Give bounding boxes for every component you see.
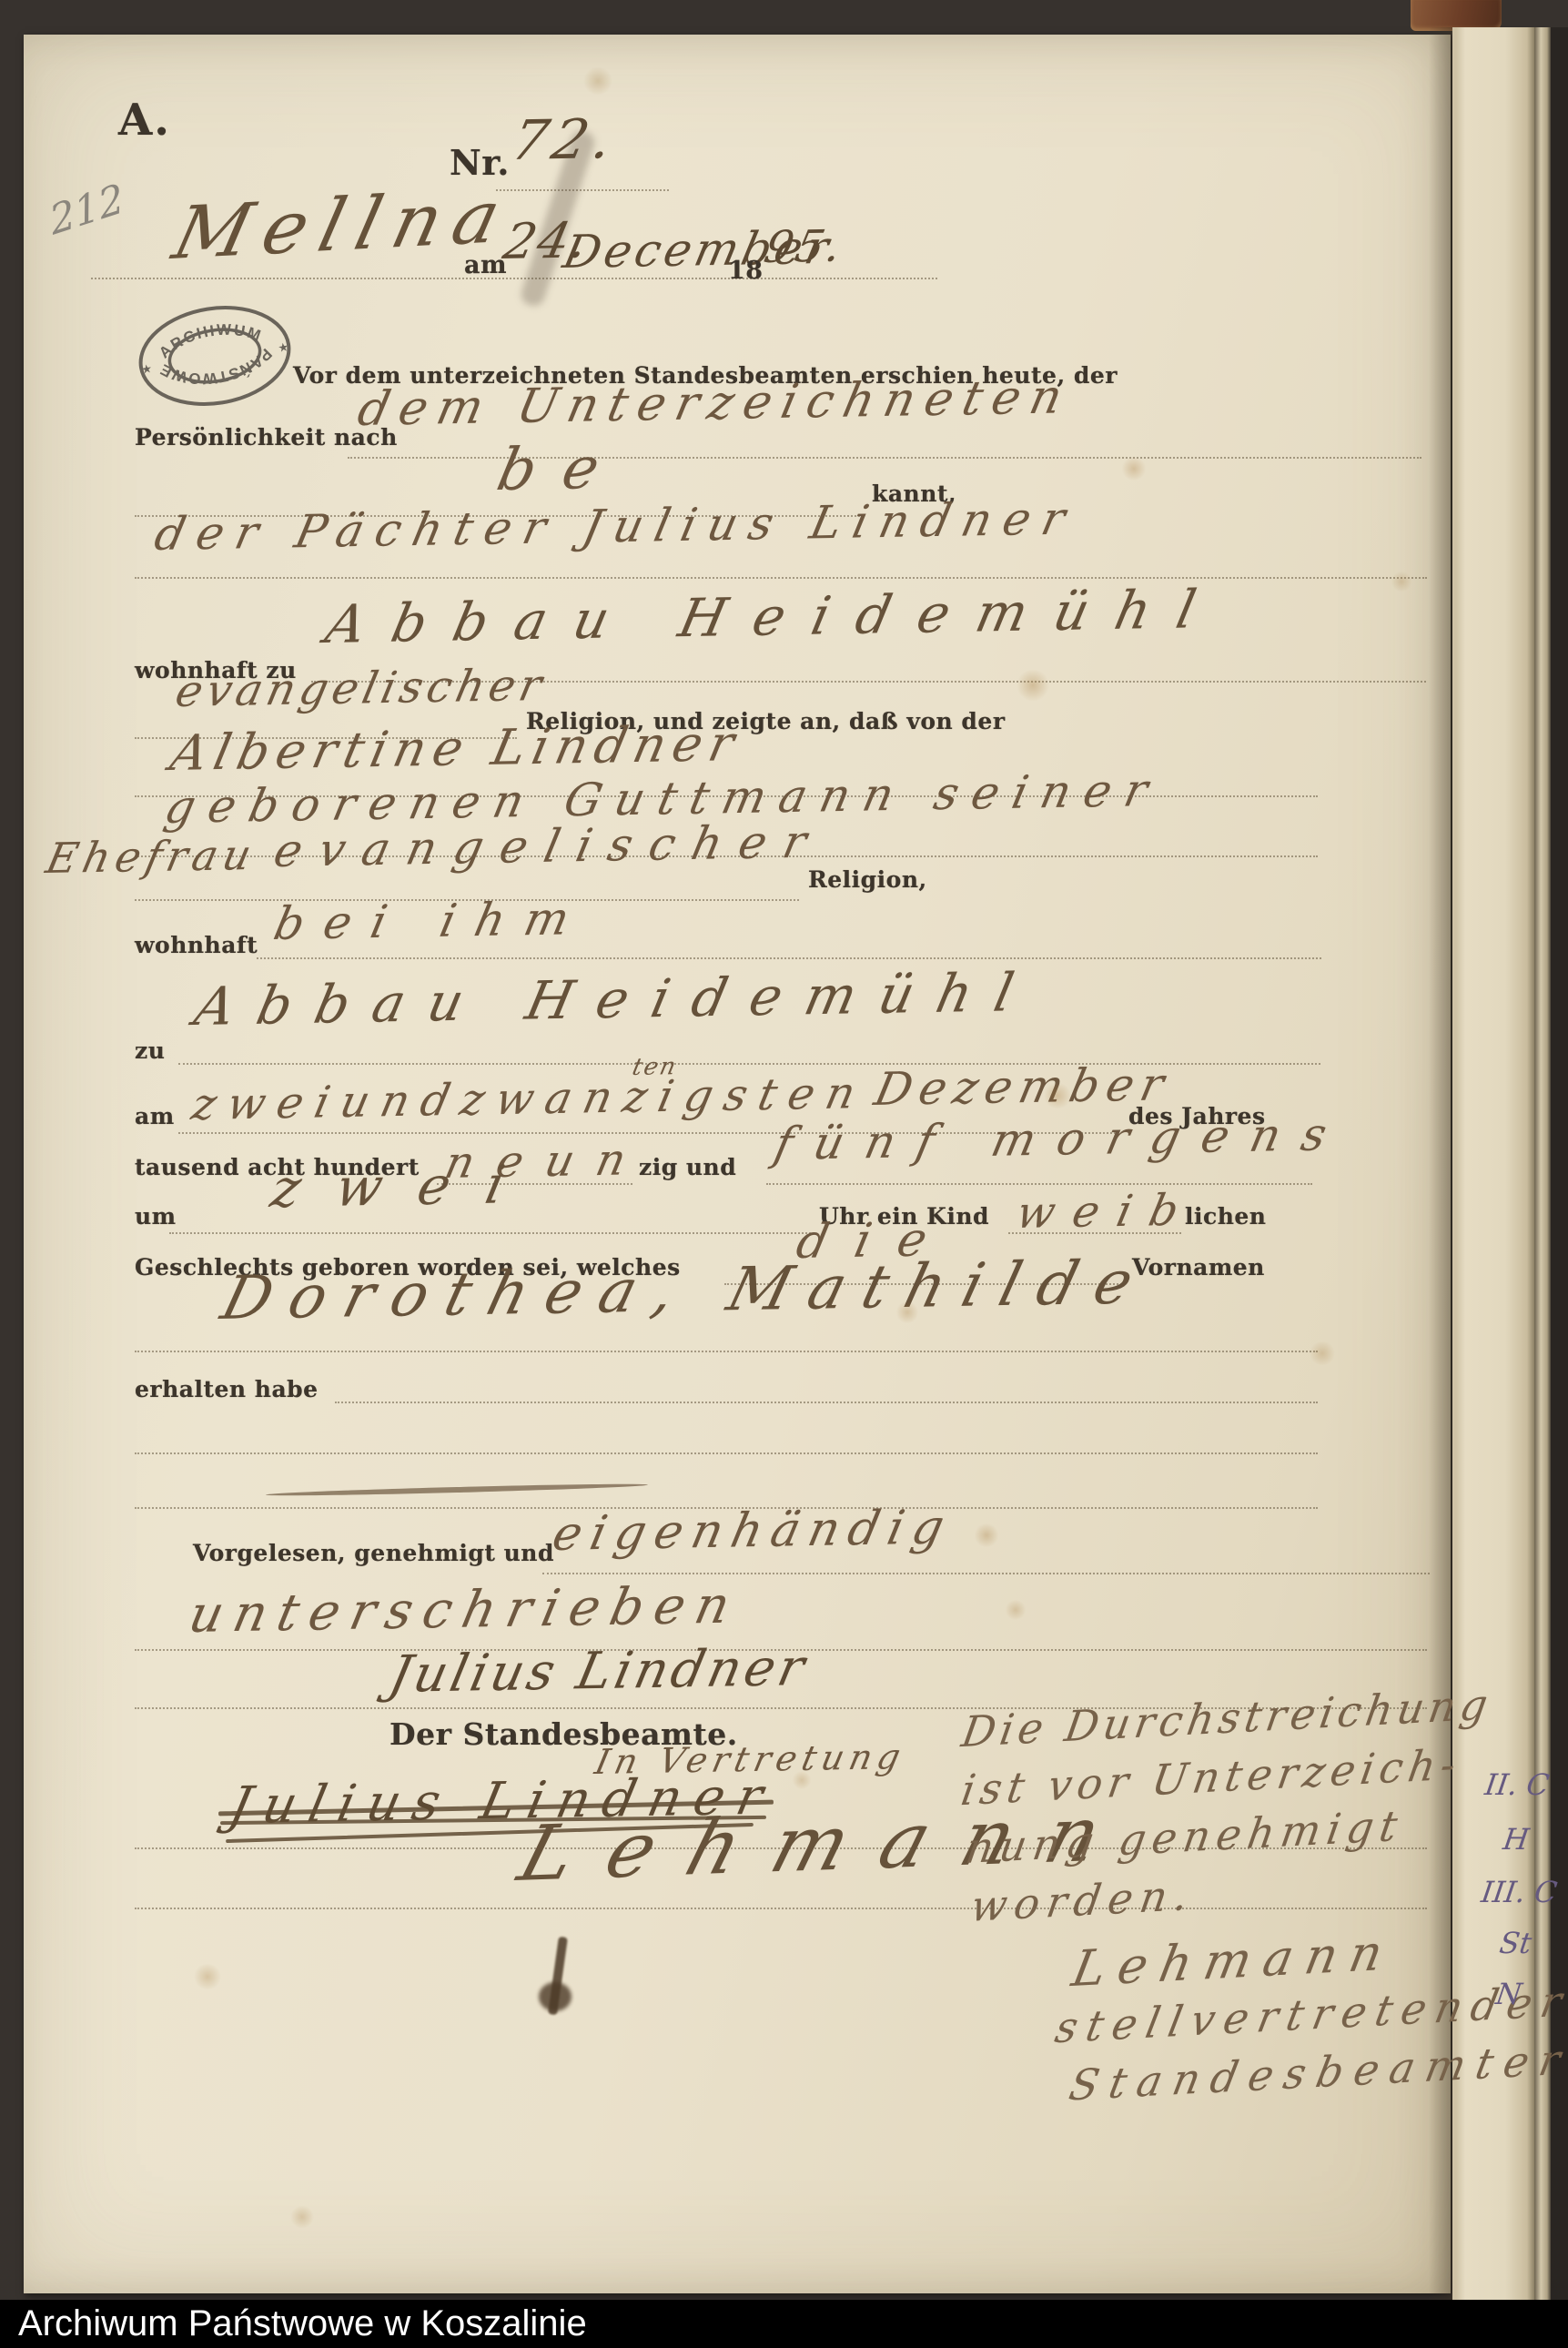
- dotted-line: [135, 1351, 1318, 1352]
- date-year: 95.: [760, 221, 849, 273]
- hw-unterschrieben: unterschrieben: [184, 1576, 746, 1645]
- archive-name-label: Archiwum Państwowe w Koszalinie: [18, 2300, 587, 2348]
- book-spine-fragment: [1411, 0, 1502, 31]
- form-wohnhaft: wohnhaft: [135, 932, 258, 958]
- dotted-line: [257, 957, 1321, 959]
- hw-bei-ihm: bei ihm: [269, 892, 594, 950]
- form-zu: zu: [135, 1037, 165, 1064]
- hw-declarant-signature: Julius Lindner: [384, 1638, 814, 1705]
- hw-religion-2: evangelischer: [269, 815, 828, 877]
- gutter-dark: [1551, 27, 1568, 2300]
- form-zig-und: zig und: [639, 1154, 736, 1180]
- dotted-line: [135, 577, 1427, 579]
- margin-fragment: St: [1497, 1926, 1533, 1960]
- hw-year-units-time: fünf morgens: [770, 1108, 1353, 1170]
- archive-footer-bar: Archiwum Państwowe w Koszalinie: [0, 2300, 1568, 2348]
- dotted-line: [1008, 1232, 1181, 1234]
- record-number-line: [496, 189, 669, 191]
- place-date-line: [91, 278, 937, 279]
- dotted-line: [135, 1908, 1427, 1909]
- dotted-line: [135, 1452, 1318, 1454]
- form-um: um: [135, 1203, 177, 1230]
- margin-fragment: H: [1501, 1822, 1531, 1857]
- form-religion-2: Religion,: [808, 866, 927, 893]
- form-corner-label: A.: [118, 95, 171, 146]
- hw-ehefrau: Ehefrau: [42, 830, 261, 883]
- form-erhalten-habe: erhalten habe: [135, 1376, 319, 1402]
- hw-hour: zwei: [266, 1153, 547, 1220]
- form-vorgelesen: Vorgelesen, genehmigt und: [193, 1540, 554, 1566]
- stamp-star-left: ★: [140, 362, 153, 378]
- stamp-star-right: ★: [278, 340, 290, 356]
- hw-gender: weib: [1012, 1185, 1201, 1239]
- date-century: 18: [728, 257, 764, 285]
- page-fold-crease: [1534, 27, 1551, 2300]
- dotted-line: [169, 1232, 811, 1234]
- dotted-line: [542, 1573, 1430, 1574]
- margin-fragment: N: [1493, 1977, 1523, 2011]
- margin-fragment: III. C: [1479, 1875, 1559, 1909]
- dotted-line: [335, 1402, 1318, 1403]
- ink-blot: [539, 1982, 572, 2011]
- hw-birth-day-superscript: ten: [630, 1053, 680, 1081]
- dotted-line: [766, 1183, 1312, 1185]
- form-lichen: lichen: [1185, 1203, 1266, 1230]
- hw-eigenhaendig: eigenhändig: [548, 1500, 958, 1562]
- form-am-2: am: [135, 1103, 175, 1129]
- hw-religion-1: evangelischer: [171, 660, 551, 717]
- margin-fragment: II. C: [1482, 1767, 1551, 1802]
- document-scan: A. 212 Nr. 72. Mellna am 24. December 18…: [0, 0, 1568, 2348]
- hw-be: be: [491, 435, 632, 504]
- page-edge-shadow: [1429, 27, 1452, 2300]
